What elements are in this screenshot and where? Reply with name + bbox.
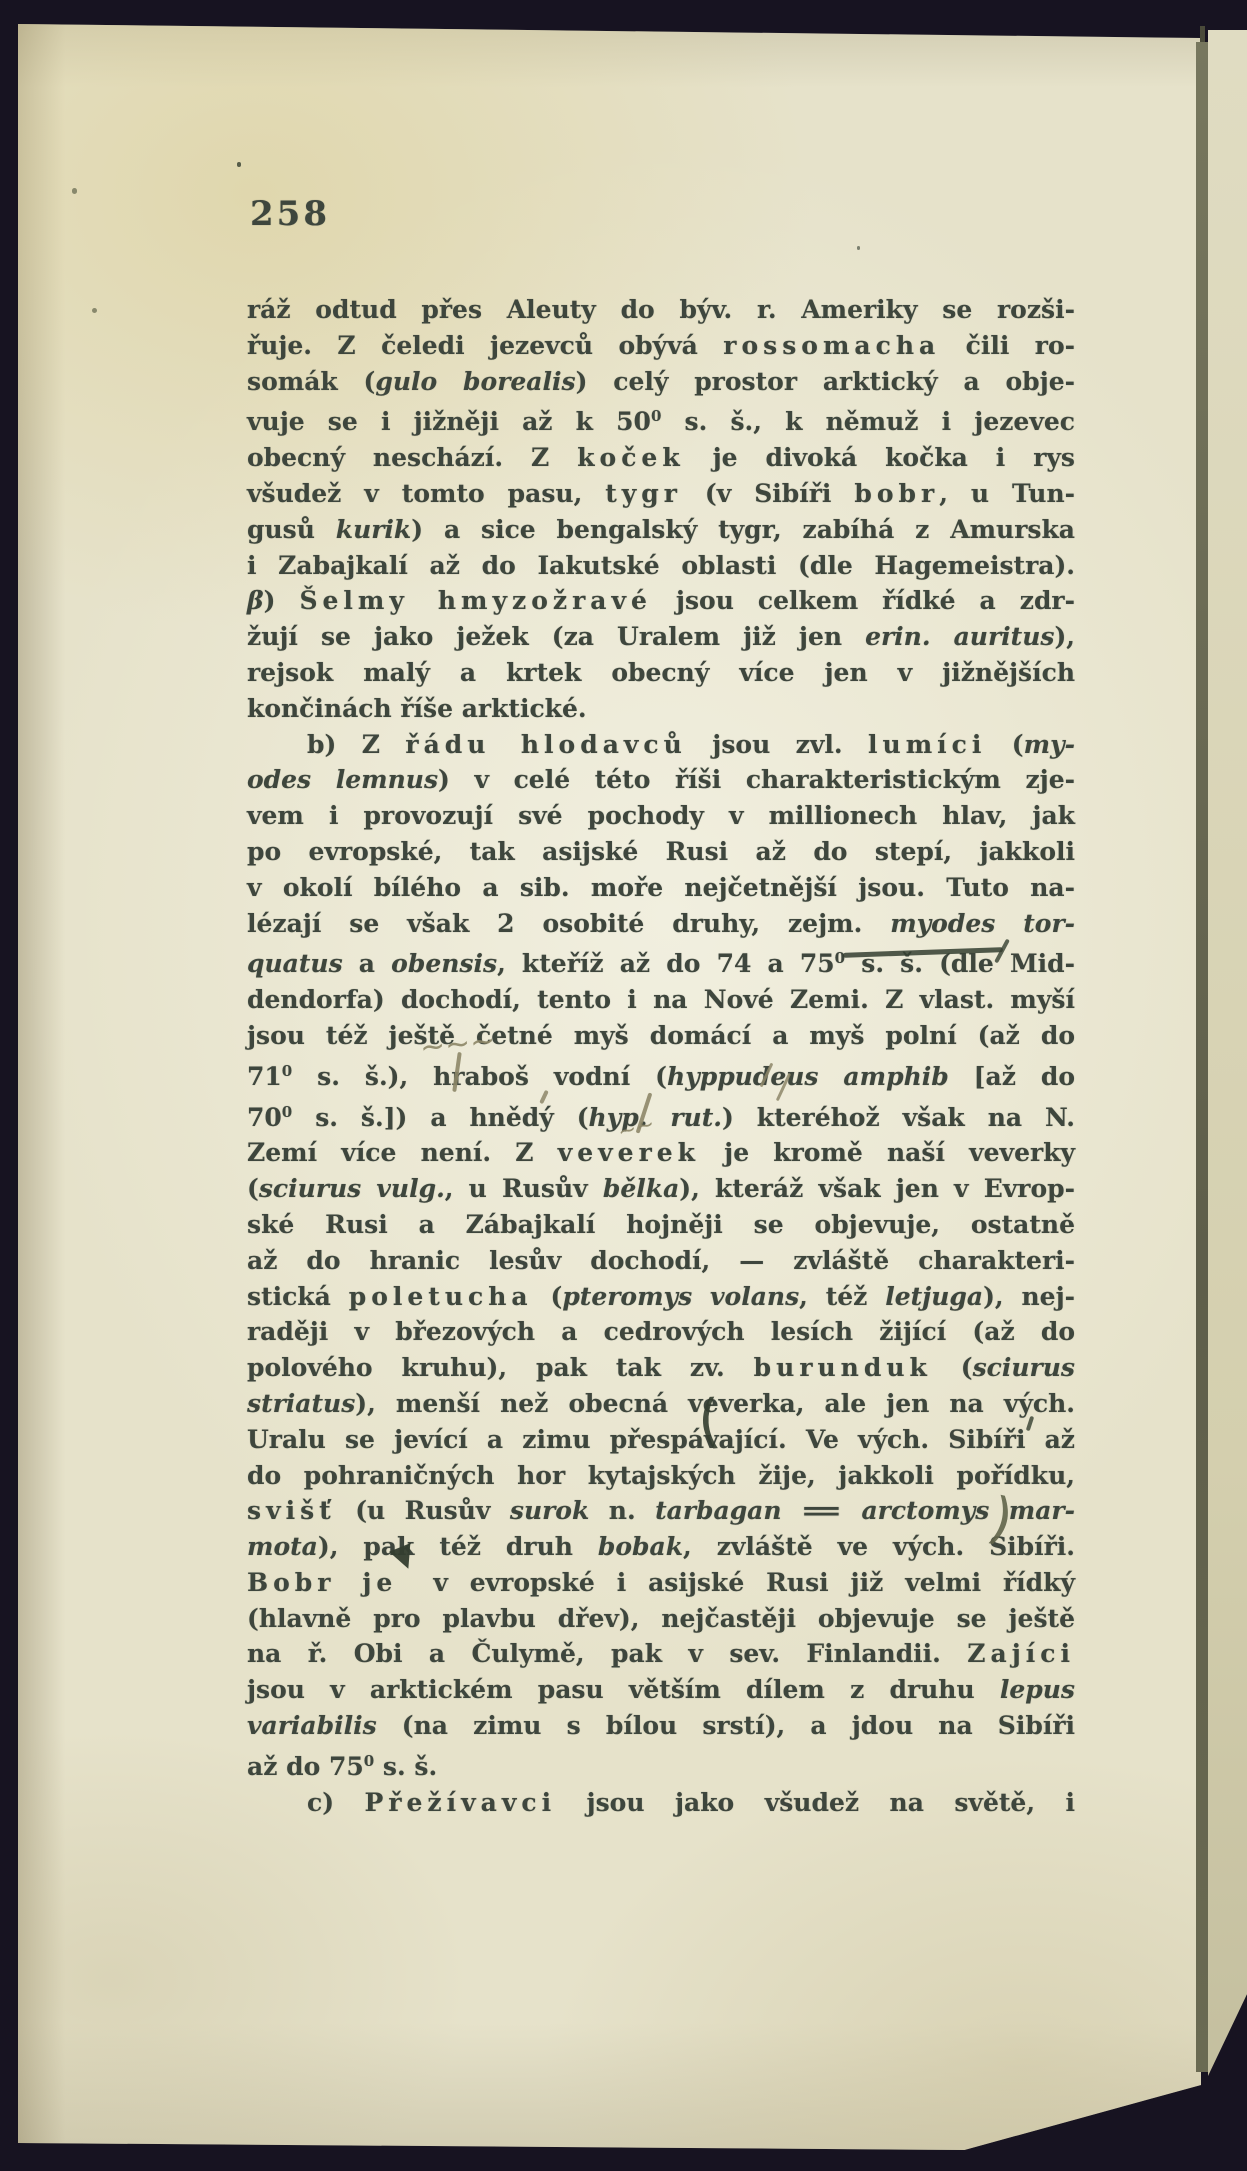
text-segment: [až do xyxy=(949,1062,1075,1091)
text-segment: , též xyxy=(799,1282,885,1311)
text-segment: vuje se i jižněji až k 50 xyxy=(247,407,651,436)
text-line: mota), pak též druh bobak, zvláště ve vý… xyxy=(247,1529,1075,1565)
text-line: končinách říše arktické. xyxy=(247,691,1075,727)
text-line: dendorfa) dochodí, tento i na Nové Zemi.… xyxy=(247,982,1075,1018)
page-number: 258 xyxy=(250,194,330,234)
text-line: až do hranic lesův dochodí, — zvláště ch… xyxy=(247,1243,1075,1279)
text-segment: po evropské, tak asijské Rusi až do step… xyxy=(247,837,1075,866)
text-segment: ) a sice bengalský tygr, zabíhá z Amursk… xyxy=(411,515,1075,544)
text-segment: 0 xyxy=(651,407,661,425)
text-line: quatus a obensis, kteříž až do 74 a 750 … xyxy=(247,941,1075,982)
text-segment: , u Tun- xyxy=(939,479,1075,508)
text-line: β) Šelmy hmyzožravé jsou celkem řídké a … xyxy=(247,583,1075,619)
text-line: Zemí více není. Z veverek je kromě naší … xyxy=(247,1135,1075,1171)
text-segment: rejsok malý a krtek obecný více jen v ji… xyxy=(247,658,1075,687)
text-segment: ), pak též druh xyxy=(318,1532,598,1561)
text-line: ráž odtud přes Aleuty do býv. r. Ameriky… xyxy=(247,292,1075,328)
text-segment: ) kteréhož však na N. xyxy=(722,1103,1075,1132)
text-segment: tygr xyxy=(605,479,682,508)
text-line: do pohraničných hor kytajských žije, jak… xyxy=(247,1458,1075,1494)
text-segment: poletucha xyxy=(349,1282,533,1311)
text-line: striatus), menší než obecná veverka, ale… xyxy=(247,1386,1075,1422)
text-segment: quatus xyxy=(247,949,343,978)
text-segment: je kromě naší veverky xyxy=(700,1138,1075,1167)
text-segment: Zajíci xyxy=(967,1639,1075,1668)
text-segment: variabilis xyxy=(247,1711,377,1740)
text-segment: Přežívavci xyxy=(365,1788,557,1817)
adjacent-page-edge xyxy=(1208,30,1247,2076)
text-segment: polového kruhu), pak tak zv. xyxy=(247,1353,754,1382)
text-segment: 0 xyxy=(282,1103,292,1121)
text-line: variabilis (na zimu s bílou srstí), a jd… xyxy=(247,1708,1075,1744)
text-segment: jsou celkem řídké a zdr- xyxy=(652,586,1075,615)
text-segment: n. xyxy=(589,1496,655,1525)
text-line: všudež v tomto pasu, tygr (v Sibíři bobr… xyxy=(247,476,1075,512)
text-segment: 0 xyxy=(835,949,845,967)
text-line: svišť (u Rusův surok n. tarbagan = arcto… xyxy=(247,1493,1075,1529)
text-line: rejsok malý a krtek obecný více jen v ji… xyxy=(247,655,1075,691)
text-segment: jsou též ještě četné myš domácí a myš po… xyxy=(247,1021,1075,1050)
text-line: somák (gulo borealis) celý prostor arkti… xyxy=(247,364,1075,400)
text-segment: 0 xyxy=(282,1062,292,1080)
text-segment: je divoká kočka i rys xyxy=(685,443,1075,472)
text-segment: (hlavně pro plavbu dřev), nejčastěji obj… xyxy=(247,1604,1075,1633)
text-segment: b) Z xyxy=(307,730,405,759)
text-segment: my- xyxy=(1024,730,1075,759)
text-segment: ské Rusi a Zábajkalí hojněji se objevuje… xyxy=(247,1210,1075,1239)
text-line: Uralu se jevící a zimu přespávající. Ve … xyxy=(247,1422,1075,1458)
text-segment: myodes tor- xyxy=(890,909,1075,938)
text-segment: na ř. Obi a Čulymě, pak v sev. Finlandii… xyxy=(247,1639,967,1668)
text-segment: vem i provozují své pochody v millionech… xyxy=(247,801,1075,830)
text-segment: končinách říše arktické. xyxy=(247,694,587,723)
text-segment: až do 75 xyxy=(247,1752,364,1781)
text-segment: rossomacha xyxy=(723,331,940,360)
text-segment: s. š. (dle Mid- xyxy=(845,949,1075,978)
body-text: ráž odtud přes Aleuty do býv. r. Ameriky… xyxy=(247,292,1075,1820)
text-line: po evropské, tak asijské Rusi až do step… xyxy=(247,834,1075,870)
text-segment: všudež v tomto pasu, xyxy=(247,479,605,508)
text-segment: lumíci xyxy=(868,730,986,759)
text-segment: ), xyxy=(1054,622,1075,651)
text-segment: čili ro- xyxy=(940,331,1075,360)
text-segment: odes lemnus xyxy=(247,765,438,794)
text-line: v okolí bílého a sib. moře nejčetnější j… xyxy=(247,870,1075,906)
text-line: polového kruhu), pak tak zv. burunduk (s… xyxy=(247,1350,1075,1386)
text-segment: ( xyxy=(986,730,1023,759)
text-segment: bobr xyxy=(854,479,939,508)
text-segment: obecný neschází. Z xyxy=(247,443,577,472)
text-segment: řuje. Z čeledi jezevců obývá xyxy=(247,331,723,360)
text-line: c) Přežívavci jsou jako všudež na světě,… xyxy=(247,1785,1075,1821)
text-segment: Uralu se jevící a zimu přespávající. Ve … xyxy=(247,1425,1075,1454)
text-segment: žují se jako ježek (za Uralem již jen xyxy=(247,622,865,651)
text-segment: s. š.), hraboš vodní ( xyxy=(292,1062,667,1091)
page-edge-shadow xyxy=(1196,42,1208,2072)
text-segment: jsou jako všudež na světě, i xyxy=(556,1788,1075,1817)
text-line: stická poletucha (pteromys volans, též l… xyxy=(247,1279,1075,1315)
text-segment: hyp. rut. xyxy=(589,1103,722,1132)
text-segment: c) xyxy=(307,1788,365,1817)
text-line: ské Rusi a Zábajkalí hojněji se objevuje… xyxy=(247,1207,1075,1243)
text-segment: 71 xyxy=(247,1062,282,1091)
text-segment: dendorfa) dochodí, tento i na Nové Zemi.… xyxy=(247,985,1075,1014)
text-segment: Šelmy hmyzožravé xyxy=(299,586,651,615)
text-line: (hlavně pro plavbu dřev), nejčastěji obj… xyxy=(247,1601,1075,1637)
text-segment: s. š. xyxy=(374,1752,437,1781)
text-segment: ( xyxy=(533,1282,563,1311)
text-line: na ř. Obi a Čulymě, pak v sev. Finlandii… xyxy=(247,1636,1075,1672)
text-line: b) Z řádu hlodavců jsou zvl. lumíci (my- xyxy=(247,727,1075,763)
text-line: řuje. Z čeledi jezevců obývá rossomacha … xyxy=(247,328,1075,364)
text-segment: ) v celé této říši charakteristickým zje… xyxy=(438,765,1075,794)
text-segment: veverek xyxy=(558,1138,700,1167)
scanned-book-photo: { "colors": { "background": "#171321", "… xyxy=(0,0,1247,2171)
text-segment: svišť xyxy=(247,1496,336,1525)
text-segment: β xyxy=(247,586,264,615)
text-segment: v okolí bílého a sib. moře nejčetnější j… xyxy=(247,873,1075,902)
text-segment: somák ( xyxy=(247,367,375,396)
text-segment: bobak xyxy=(598,1532,683,1561)
text-segment: ) xyxy=(264,586,300,615)
text-line: raději v březových a cedrových lesích ži… xyxy=(247,1314,1075,1350)
text-segment: lézají se však 2 osobité druhy, zejm. xyxy=(247,909,890,938)
text-segment: letjuga xyxy=(885,1282,983,1311)
text-segment: sciurus vulg. xyxy=(259,1174,445,1203)
text-segment: jsou zvl. xyxy=(687,730,868,759)
text-segment: ), menší než obecná veverka, ale jen na … xyxy=(355,1389,1075,1418)
text-segment: a xyxy=(343,949,392,978)
text-segment: ), kteráž však jen v Evrop- xyxy=(679,1174,1075,1203)
text-segment: s. š., k němuž i jezevec xyxy=(661,407,1075,436)
text-segment: erin. auritus xyxy=(865,622,1054,651)
text-segment: Bobr je xyxy=(247,1568,397,1597)
text-segment: ( xyxy=(932,1353,973,1382)
text-segment: = xyxy=(798,1493,844,1529)
text-segment: ), nej- xyxy=(983,1282,1075,1311)
text-segment: gulo borealis xyxy=(375,367,575,396)
text-segment: bělka xyxy=(603,1174,679,1203)
text-segment: tarbagan xyxy=(655,1496,801,1525)
text-line: lézají se však 2 osobité druhy, zejm. my… xyxy=(247,906,1075,942)
text-segment: až do hranic lesův dochodí, — zvláště ch… xyxy=(247,1246,1075,1275)
text-segment: sciurus xyxy=(973,1353,1075,1382)
text-segment: Zemí více není. Z xyxy=(247,1138,558,1167)
text-segment: pteromys volans xyxy=(562,1282,799,1311)
text-segment: i Zabajkalí až do Iakutské oblasti (dle … xyxy=(247,551,1075,580)
text-segment: ráž odtud přes Aleuty do býv. r. Ameriky… xyxy=(247,295,1075,324)
text-line: i Zabajkalí až do Iakutské oblasti (dle … xyxy=(247,548,1075,584)
text-segment: koček xyxy=(577,443,684,472)
text-segment: surok xyxy=(510,1496,589,1525)
text-segment: obensis xyxy=(391,949,497,978)
text-line: vem i provozují své pochody v millionech… xyxy=(247,798,1075,834)
text-line: 700 s. š.]) a hnědý (hyp. rut.) kteréhož… xyxy=(247,1095,1075,1136)
text-segment: , zvláště ve vých. Sibíři. xyxy=(683,1532,1075,1561)
text-segment: arctomys mar- xyxy=(842,1496,1075,1525)
text-segment: , kteříž až do 74 a 75 xyxy=(497,949,835,978)
text-segment: v evropské i asijské Rusi již velmi řídk… xyxy=(433,1568,1075,1597)
text-segment: burunduk xyxy=(754,1353,932,1382)
text-segment: lepus xyxy=(1000,1675,1075,1704)
text-line: 710 s. š.), hraboš vodní (hyppudeus amph… xyxy=(247,1054,1075,1095)
text-line: až do 750 s. š. xyxy=(247,1744,1075,1785)
text-segment: raději v březových a cedrových lesích ži… xyxy=(247,1317,1075,1346)
text-segment: (v Sibíři xyxy=(682,479,854,508)
text-line: gusů kurik) a sice bengalský tygr, zabíh… xyxy=(247,512,1075,548)
text-segment: stická xyxy=(247,1282,349,1311)
text-segment: ) celý prostor arktický a obje- xyxy=(576,367,1075,396)
text-line: vuje se i jižněji až k 500 s. š., k němu… xyxy=(247,399,1075,440)
text-line: obecný neschází. Z koček je divoká kočka… xyxy=(247,440,1075,476)
text-segment: mota xyxy=(247,1532,318,1561)
text-segment: , u Rusův xyxy=(445,1174,603,1203)
text-segment: gusů xyxy=(247,515,336,544)
text-line: (sciurus vulg., u Rusův bělka), kteráž v… xyxy=(247,1171,1075,1207)
text-line: odes lemnus) v celé této říši charakteri… xyxy=(247,762,1075,798)
text-line: Bobr jev evropské i asijské Rusi již vel… xyxy=(247,1565,1075,1601)
text-line: jsou též ještě četné myš domácí a myš po… xyxy=(247,1018,1075,1054)
text-segment: (na zimu s bílou srstí), a jdou na Sibíř… xyxy=(377,1711,1075,1740)
text-line: žují se jako ježek (za Uralem již jen er… xyxy=(247,619,1075,655)
text-segment: 0 xyxy=(364,1752,374,1770)
text-segment: 70 xyxy=(247,1103,282,1132)
text-segment: (u Rusův xyxy=(336,1496,510,1525)
text-segment: s. š.]) a hnědý ( xyxy=(292,1103,588,1132)
text-segment: do pohraničných hor kytajských žije, jak… xyxy=(247,1461,1075,1490)
text-segment: striatus xyxy=(247,1389,355,1418)
text-segment: ( xyxy=(247,1174,259,1203)
text-segment: jsou v arktickém pasu větším dílem z dru… xyxy=(247,1675,1000,1704)
text-segment: kurik xyxy=(336,515,412,544)
text-line: jsou v arktickém pasu větším dílem z dru… xyxy=(247,1672,1075,1708)
text-segment: řádu hlodavců xyxy=(405,730,686,759)
text-segment: hyppudeus amphib xyxy=(667,1062,949,1091)
